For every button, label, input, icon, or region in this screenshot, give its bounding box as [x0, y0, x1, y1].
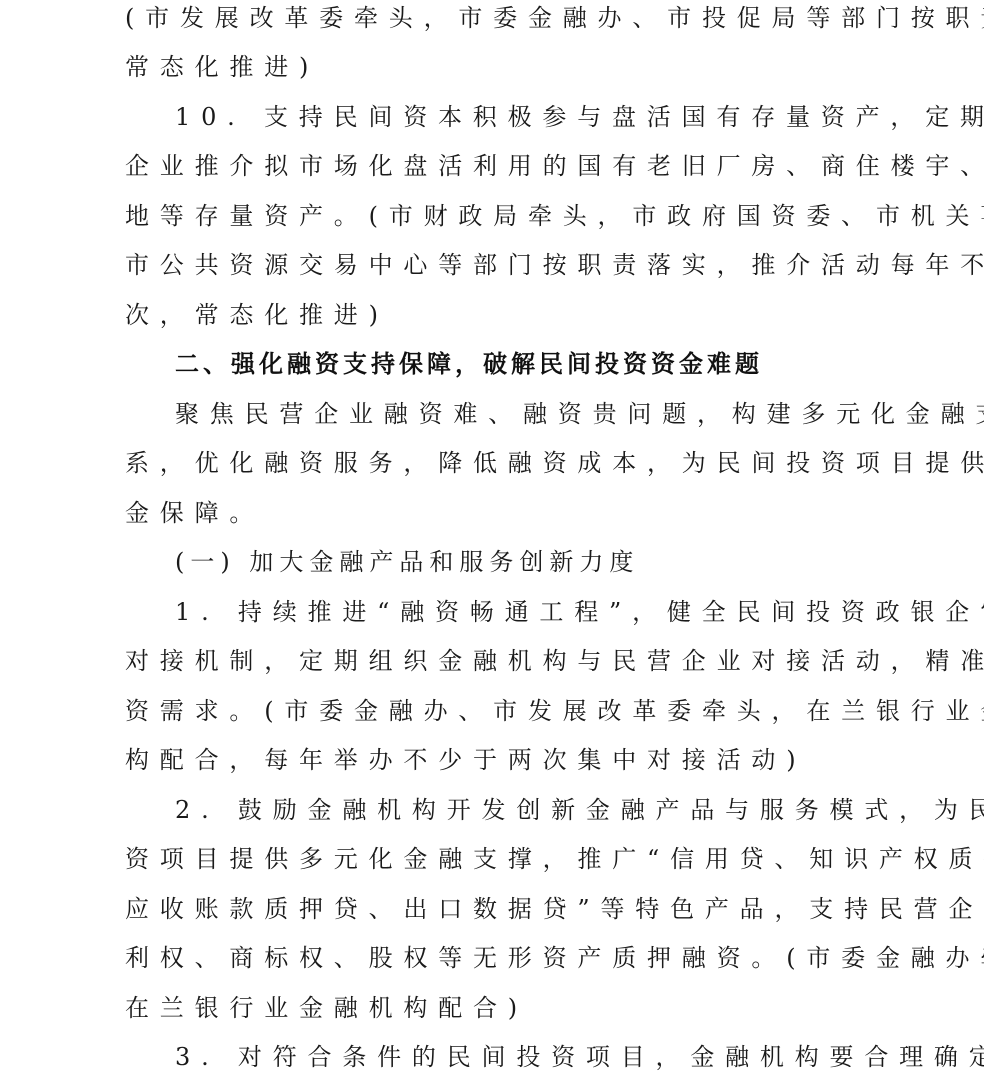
text-line: 资项目提供多元化金融支撑，推广“信用贷、知识产权质押贷、 — [125, 839, 865, 879]
text-line: 1. 持续推进“融资畅通工程”，健全民间投资政银企常态化 — [175, 592, 915, 632]
text-line: 对接机制，定期组织金融机构与民营企业对接活动，精准匹配融 — [125, 641, 865, 681]
document-page: (市发展改革委牵头，市委金融办、市投促局等部门按职责落实， 常态化推进) 10.… — [0, 0, 984, 1077]
text-line: 次，常态化推进) — [125, 295, 865, 335]
text-line: 系，优化融资服务，降低融资成本，为民间投资项目提供坚实资 — [125, 443, 865, 483]
text-line: 构配合，每年举办不少于两次集中对接活动) — [125, 740, 865, 780]
text-line: 常态化推进) — [125, 47, 865, 87]
text-line: (市发展改革委牵头，市委金融办、市投促局等部门按职责落实， — [125, 0, 865, 38]
text-line: 市公共资源交易中心等部门按职责落实，推介活动每年不少于一 — [125, 245, 865, 285]
text-line: 3. 对符合条件的民间投资项目，金融机构要合理确定贷款 — [175, 1037, 915, 1077]
text-line: 聚焦民营企业融资难、融资贵问题，构建多元化金融支持体 — [175, 394, 915, 434]
text-line: 利权、商标权、股权等无形资产质押融资。(市委金融办牵头， — [125, 938, 865, 978]
text-line: 地等存量资产。(市财政局牵头，市政府国资委、市机关事务局、 — [125, 196, 865, 236]
text-line: 金保障。 — [125, 493, 865, 533]
text-line: 资需求。(市委金融办、市发展改革委牵头，在兰银行业金融机 — [125, 691, 865, 731]
text-line: 10. 支持民间资本积极参与盘活国有存量资产，定期向民营 — [175, 97, 915, 137]
section-heading: 二、强化融资支持保障，破解民间投资资金难题 — [175, 344, 915, 384]
text-line: 2. 鼓励金融机构开发创新金融产品与服务模式，为民间投 — [175, 790, 915, 830]
text-line: 应收账款质押贷、出口数据贷”等特色产品，支持民营企业以专 — [125, 889, 865, 929]
text-line: 在兰银行业金融机构配合) — [125, 988, 865, 1028]
text-line: 企业推介拟市场化盘活利用的国有老旧厂房、商住楼宇、闲置土 — [125, 146, 865, 186]
subsection-heading: (一) 加大金融产品和服务创新力度 — [175, 542, 915, 582]
